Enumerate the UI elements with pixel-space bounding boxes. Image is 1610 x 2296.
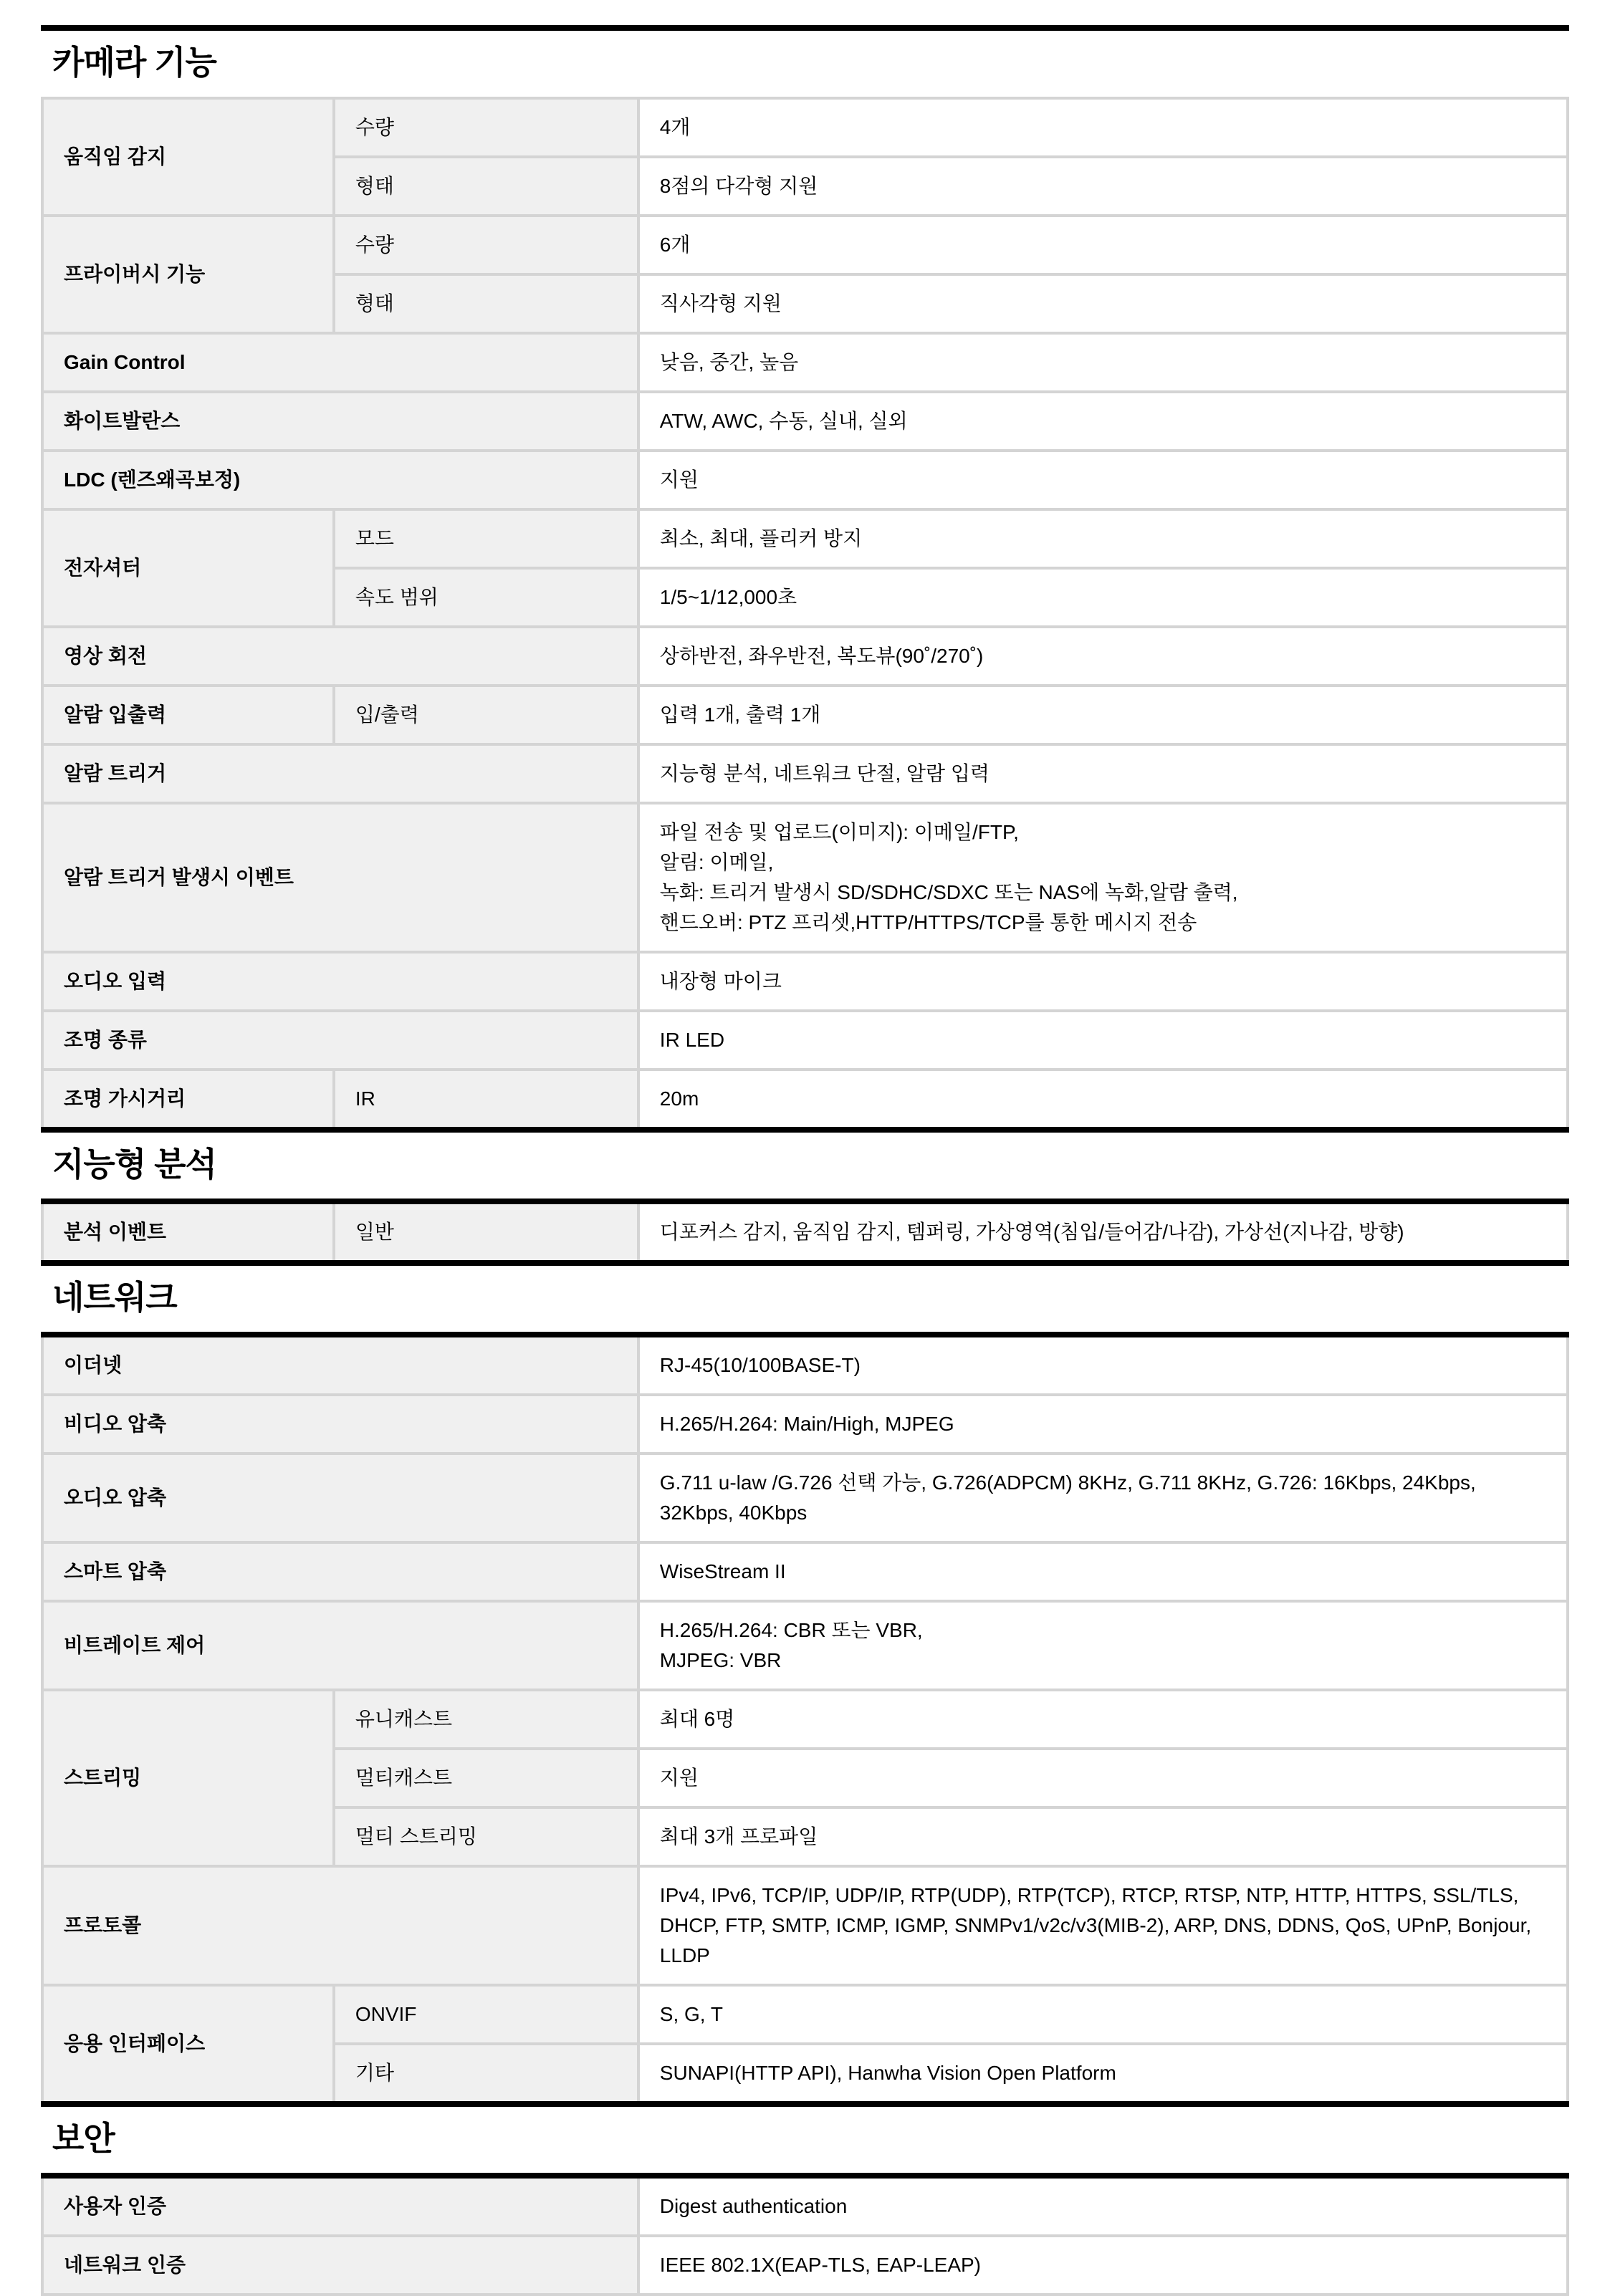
spec-label: 알람 입출력	[42, 686, 334, 744]
spec-label: 프라이버시 기능	[42, 216, 334, 333]
spec-value: SUNAPI(HTTP API), Hanwha Vision Open Pla…	[638, 2044, 1568, 2104]
spec-label: 비트레이트 제어	[42, 1601, 638, 1690]
spec-sublabel: 입/출력	[334, 686, 638, 744]
spec-value: 디포커스 감지, 움직임 감지, 템퍼링, 가상영역(침입/들어감/나감), 가…	[638, 1201, 1568, 1263]
spec-value: IPv4, IPv6, TCP/IP, UDP/IP, RTP(UDP), RT…	[638, 1866, 1568, 1985]
spec-value: IR LED	[638, 1011, 1568, 1070]
spec-value: 최대 3개 프로파일	[638, 1807, 1568, 1866]
spec-label: Gain Control	[42, 333, 638, 392]
table-row: 오디오 입력내장형 마이크	[42, 952, 1568, 1011]
spec-label: 조명 가시거리	[42, 1070, 334, 1130]
table-row: 응용 인터페이스ONVIFS, G, T	[42, 1985, 1568, 2044]
spec-table: 움직임 감지수량4개형태8점의 다각형 지원프라이버시 기능수량6개형태직사각형…	[41, 97, 1569, 1133]
spec-value: S, G, T	[638, 1985, 1568, 2044]
spec-sublabel: ONVIF	[334, 1985, 638, 2044]
table-row: 네트워크 인증IEEE 802.1X(EAP-TLS, EAP-LEAP)	[42, 2236, 1568, 2295]
table-row: 움직임 감지수량4개	[42, 98, 1568, 157]
table-row: 알람 트리거지능형 분석, 네트워크 단절, 알람 입력	[42, 744, 1568, 803]
spec-value: Digest authentication	[638, 2176, 1568, 2236]
spec-value-line: 알림: 이메일,	[660, 847, 1546, 878]
table-row: LDC (렌즈왜곡보정)지원	[42, 451, 1568, 509]
spec-value: 1/5~1/12,000초	[638, 568, 1568, 627]
section-title: 네트워크	[52, 1277, 1610, 1317]
spec-sublabel: 일반	[334, 1201, 638, 1263]
spec-value: ATW, AWC, 수동, 실내, 실외	[638, 392, 1568, 451]
spec-label: 스트리밍	[42, 1690, 334, 1866]
spec-sublabel: 형태	[334, 274, 638, 333]
spec-table: 이더넷RJ-45(10/100BASE-T)비디오 압축H.265/H.264:…	[41, 1332, 1569, 2107]
spec-label: 전자셔터	[42, 509, 334, 627]
table-row: 프라이버시 기능수량6개	[42, 216, 1568, 274]
table-row: 프로토콜IPv4, IPv6, TCP/IP, UDP/IP, RTP(UDP)…	[42, 1866, 1568, 1985]
spec-value: 입력 1개, 출력 1개	[638, 686, 1568, 744]
table-row: 조명 가시거리IR20m	[42, 1070, 1568, 1130]
spec-value: 4개	[638, 98, 1568, 157]
spec-value: 최소, 최대, 플리커 방지	[638, 509, 1568, 568]
table-row: 분석 이벤트일반디포커스 감지, 움직임 감지, 템퍼링, 가상영역(침입/들어…	[42, 1201, 1568, 1263]
page-top-rule	[41, 25, 1569, 31]
spec-value: 낮음, 중간, 높음	[638, 333, 1568, 392]
spec-label: 오디오 압축	[42, 1454, 638, 1542]
spec-sublabel: 유니캐스트	[334, 1690, 638, 1749]
spec-value: 지원	[638, 1749, 1568, 1807]
spec-value-line: 파일 전송 및 업로드(이미지): 이메일/FTP,	[660, 817, 1546, 847]
spec-sublabel: 수량	[334, 216, 638, 274]
spec-value: 직사각형 지원	[638, 274, 1568, 333]
section-title: 지능형 분석	[52, 1144, 1610, 1184]
spec-value: 내장형 마이크	[638, 952, 1568, 1011]
spec-label: 분석 이벤트	[42, 1201, 334, 1263]
spec-table: 분석 이벤트일반디포커스 감지, 움직임 감지, 템퍼링, 가상영역(침입/들어…	[41, 1199, 1569, 1266]
table-row: Gain Control낮음, 중간, 높음	[42, 333, 1568, 392]
spec-value: 최대 6명	[638, 1690, 1568, 1749]
spec-label: 화이트발란스	[42, 392, 638, 451]
spec-sections: 카메라 기능움직임 감지수량4개형태8점의 다각형 지원프라이버시 기능수량6개…	[0, 42, 1610, 2296]
spec-label: 영상 회전	[42, 627, 638, 686]
section-title: 보안	[52, 2118, 1610, 2158]
spec-label: 알람 트리거	[42, 744, 638, 803]
spec-value: 파일 전송 및 업로드(이미지): 이메일/FTP,알림: 이메일,녹화: 트리…	[638, 803, 1568, 952]
table-row: 비트레이트 제어H.265/H.264: CBR 또는 VBR,MJPEG: V…	[42, 1601, 1568, 1690]
table-row: 스트리밍유니캐스트최대 6명	[42, 1690, 1568, 1749]
section-title: 카메라 기능	[52, 42, 1610, 82]
spec-label: 사용자 인증	[42, 2176, 638, 2236]
table-row: 전자셔터모드최소, 최대, 플리커 방지	[42, 509, 1568, 568]
spec-value: G.711 u-law /G.726 선택 가능, G.726(ADPCM) 8…	[638, 1454, 1568, 1542]
table-row: 알람 트리거 발생시 이벤트파일 전송 및 업로드(이미지): 이메일/FTP,…	[42, 803, 1568, 952]
spec-sublabel: 속도 범위	[334, 568, 638, 627]
spec-value: 지능형 분석, 네트워크 단절, 알람 입력	[638, 744, 1568, 803]
spec-table: 사용자 인증Digest authentication네트워크 인증IEEE 8…	[41, 2173, 1569, 2296]
spec-sublabel: 수량	[334, 98, 638, 157]
spec-sublabel: 모드	[334, 509, 638, 568]
spec-label: 응용 인터페이스	[42, 1985, 334, 2104]
spec-label: 이더넷	[42, 1335, 638, 1395]
spec-sublabel: 멀티캐스트	[334, 1749, 638, 1807]
spec-value: 지원	[638, 451, 1568, 509]
spec-value: H.265/H.264: Main/High, MJPEG	[638, 1395, 1568, 1454]
spec-sublabel: 멀티 스트리밍	[334, 1807, 638, 1866]
spec-value: WiseStream II	[638, 1542, 1568, 1601]
spec-sublabel: IR	[334, 1070, 638, 1130]
spec-sublabel: 형태	[334, 157, 638, 216]
spec-label: 알람 트리거 발생시 이벤트	[42, 803, 638, 952]
spec-value: 상하반전, 좌우반전, 복도뷰(90˚/270˚)	[638, 627, 1568, 686]
spec-label: 비디오 압축	[42, 1395, 638, 1454]
table-row: 화이트발란스ATW, AWC, 수동, 실내, 실외	[42, 392, 1568, 451]
table-row: 비디오 압축H.265/H.264: Main/High, MJPEG	[42, 1395, 1568, 1454]
table-row: 영상 회전상하반전, 좌우반전, 복도뷰(90˚/270˚)	[42, 627, 1568, 686]
table-row: 사용자 인증Digest authentication	[42, 2176, 1568, 2236]
spec-sublabel: 기타	[334, 2044, 638, 2104]
spec-value-line: MJPEG: VBR	[660, 1646, 1546, 1676]
table-row: 오디오 압축G.711 u-law /G.726 선택 가능, G.726(AD…	[42, 1454, 1568, 1542]
spec-label: 조명 종류	[42, 1011, 638, 1070]
spec-sheet-page: 카메라 기능움직임 감지수량4개형태8점의 다각형 지원프라이버시 기능수량6개…	[0, 0, 1610, 2296]
spec-label: 스마트 압축	[42, 1542, 638, 1601]
spec-value: IEEE 802.1X(EAP-TLS, EAP-LEAP)	[638, 2236, 1568, 2295]
spec-value: RJ-45(10/100BASE-T)	[638, 1335, 1568, 1395]
spec-value: 6개	[638, 216, 1568, 274]
spec-label: 프로토콜	[42, 1866, 638, 1985]
spec-label: 움직임 감지	[42, 98, 334, 216]
spec-value-line: H.265/H.264: CBR 또는 VBR,	[660, 1615, 1546, 1646]
spec-value: H.265/H.264: CBR 또는 VBR,MJPEG: VBR	[638, 1601, 1568, 1690]
spec-label: LDC (렌즈왜곡보정)	[42, 451, 638, 509]
table-row: 알람 입출력입/출력입력 1개, 출력 1개	[42, 686, 1568, 744]
table-row: 조명 종류IR LED	[42, 1011, 1568, 1070]
spec-label: 네트워크 인증	[42, 2236, 638, 2295]
spec-value-line: 녹화: 트리거 발생시 SD/SDHC/SDXC 또는 NAS에 녹화,알람 출…	[660, 878, 1546, 908]
spec-value-line: 핸드오버: PTZ 프리셋,HTTP/HTTPS/TCP를 통한 메시지 전송	[660, 908, 1546, 938]
spec-value: 20m	[638, 1070, 1568, 1130]
table-row: 이더넷RJ-45(10/100BASE-T)	[42, 1335, 1568, 1395]
spec-value: 8점의 다각형 지원	[638, 157, 1568, 216]
table-row: 스마트 압축WiseStream II	[42, 1542, 1568, 1601]
spec-label: 오디오 입력	[42, 952, 638, 1011]
